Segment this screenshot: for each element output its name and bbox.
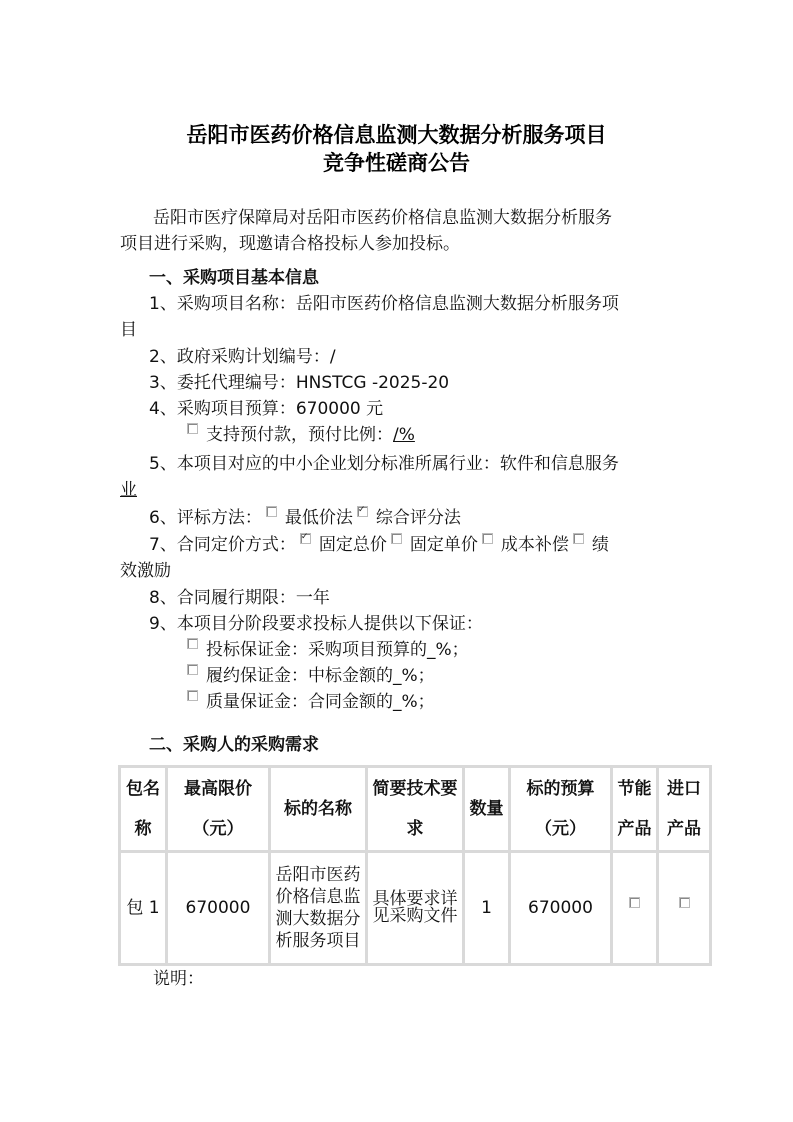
- cell-quantity: 1: [464, 852, 510, 965]
- header-subject-name: 标的名称: [270, 767, 367, 852]
- quality-deposit-checkbox[interactable]: [187, 690, 198, 701]
- table-header-row: 包名称 最高限价（元） 标的名称 简要技术要求 数量 标的预算（元） 节能产品 …: [120, 767, 711, 852]
- item5-line1: 5、本项目对应的中小企业划分标准所属行业：软件和信息服务: [149, 451, 619, 477]
- energy-saving-checkbox[interactable]: [629, 897, 640, 908]
- comprehensive-score-checkbox[interactable]: [357, 506, 368, 517]
- header-tech-requirements: 简要技术要求: [367, 767, 464, 852]
- item7-pricing-method: 7、合同定价方式：固定总价固定单价成本补偿绩: [149, 532, 609, 558]
- fixed-unit-price-checkbox[interactable]: [391, 533, 402, 544]
- prepay-value: /%: [393, 425, 415, 445]
- item7-line2: 效激励: [120, 558, 171, 584]
- performance-incentive-checkbox[interactable]: [573, 533, 584, 544]
- fixed-total-price-label: 固定总价: [319, 535, 387, 555]
- cell-max-price: 670000: [167, 852, 270, 965]
- section2-heading: 二、采购人的采购需求: [149, 732, 319, 758]
- intro-line1: 岳阳市医疗保障局对岳阳市医药价格信息监测大数据分析服务: [153, 205, 612, 231]
- header-quantity: 数量: [464, 767, 510, 852]
- document-title-line1: 岳阳市医药价格信息监测大数据分析服务项目: [0, 121, 793, 149]
- bid-deposit-label: 投标保证金：采购项目预算的_%；: [206, 640, 469, 660]
- bid-deposit-checkbox[interactable]: [187, 638, 198, 649]
- cell-subject-name: 岳阳市医药 价格信息监 测大数据分 析服务项目: [270, 852, 367, 965]
- header-energy-saving: 节能产品: [612, 767, 658, 852]
- cell-budget: 670000: [510, 852, 612, 965]
- performance-incentive-label: 绩: [592, 535, 609, 555]
- item6-eval-method: 6、评标方法：最低价法综合评分法: [149, 505, 461, 531]
- performance-deposit-checkbox[interactable]: [187, 664, 198, 675]
- cost-compensation-checkbox[interactable]: [482, 533, 493, 544]
- note-label: 说明：: [153, 966, 204, 992]
- fixed-unit-price-label: 固定单价: [410, 535, 478, 555]
- intro-line2: 项目进行采购，现邀请合格投标人参加投标。: [120, 231, 460, 257]
- cell-package: 包 1: [120, 852, 167, 965]
- item1-line1: 1、采购项目名称：岳阳市医药价格信息监测大数据分析服务项: [149, 291, 619, 317]
- item3-agency-number: 3、委托代理编号：HNSTCG -2025-20: [149, 370, 449, 396]
- item9-label: 9、本项目分阶段要求投标人提供以下保证：: [149, 611, 483, 637]
- item1-line2: 目: [120, 317, 137, 343]
- header-package: 包名称: [120, 767, 167, 852]
- cost-compensation-label: 成本补偿: [501, 535, 569, 555]
- item6-label: 6、评标方法：: [149, 508, 262, 528]
- cell-tech-requirements: 具体要求详 见采购文件: [367, 852, 464, 965]
- quality-deposit-label: 质量保证金：合同金额的_%；: [206, 692, 435, 712]
- item2-plan-number: 2、政府采购计划编号：/: [149, 344, 336, 370]
- comprehensive-score-label: 综合评分法: [376, 508, 461, 528]
- header-imported: 进口产品: [658, 767, 711, 852]
- prepay-label: 支持预付款，预付比例：: [206, 425, 393, 445]
- lowest-price-checkbox[interactable]: [266, 506, 277, 517]
- item5-line2: 业: [120, 477, 137, 503]
- document-page: 岳阳市医药价格信息监测大数据分析服务项目 竞争性磋商公告 岳阳市医疗保障局对岳阳…: [0, 0, 793, 1122]
- procurement-requirements-table: 包名称 最高限价（元） 标的名称 简要技术要求 数量 标的预算（元） 节能产品 …: [118, 765, 712, 966]
- document-title-line2: 竞争性磋商公告: [0, 149, 793, 177]
- table-row: 包 1 670000 岳阳市医药 价格信息监 测大数据分 析服务项目 具体要求详…: [120, 852, 711, 965]
- section1-heading: 一、采购项目基本信息: [149, 265, 319, 291]
- item8-contract-term: 8、合同履行期限：一年: [149, 585, 330, 611]
- cell-energy-saving: [612, 852, 658, 965]
- performance-deposit-row: 履约保证金：中标金额的_%；: [183, 663, 435, 689]
- header-budget: 标的预算（元）: [510, 767, 612, 852]
- item7-label: 7、合同定价方式：: [149, 535, 296, 555]
- header-max-price: 最高限价（元）: [167, 767, 270, 852]
- lowest-price-label: 最低价法: [285, 508, 353, 528]
- imported-checkbox[interactable]: [679, 897, 690, 908]
- performance-deposit-label: 履约保证金：中标金额的_%；: [206, 666, 435, 686]
- quality-deposit-row: 质量保证金：合同金额的_%；: [183, 689, 435, 715]
- cell-imported: [658, 852, 711, 965]
- item4-budget: 4、采购项目预算：670000 元: [149, 396, 383, 422]
- fixed-total-price-checkbox[interactable]: [300, 533, 311, 544]
- prepay-checkbox[interactable]: [187, 423, 198, 434]
- prepay-row: 支持预付款，预付比例：/%: [183, 422, 415, 448]
- bid-deposit-row: 投标保证金：采购项目预算的_%；: [183, 637, 469, 663]
